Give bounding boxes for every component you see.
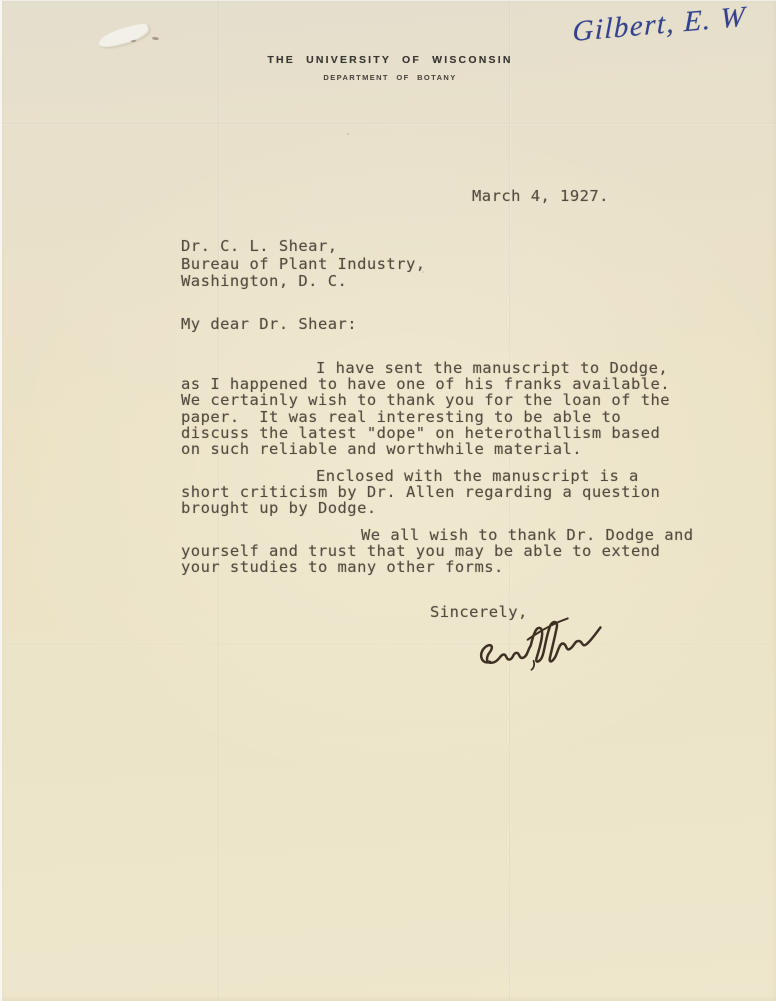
letter-page: Gilbert, E. W THE UNIVERSITY OF WISCONSI… — [0, 0, 776, 1000]
letterhead: THE UNIVERSITY OF WISCONSIN DEPARTMENT O… — [2, 54, 776, 82]
body-paragraph-1: I have sent the manuscript to Dodge, as … — [181, 360, 670, 457]
paragraph-line: your studies to many other forms. — [181, 559, 694, 575]
paragraph-line: paper. It was real interesting to be abl… — [181, 409, 670, 425]
ink-speck — [131, 40, 136, 43]
paragraph-line: We all wish to thank Dr. Dodge and — [181, 527, 694, 543]
horizontal-crease-top — [2, 123, 776, 125]
paragraph-line: Enclosed with the manuscript is a — [181, 468, 660, 484]
paragraph-line: discuss the latest "dope" on heterothall… — [181, 425, 670, 441]
horizontal-crease-bottom — [2, 644, 776, 646]
body-paragraph-2: Enclosed with the manuscript is a short … — [181, 468, 660, 517]
letterhead-university: THE UNIVERSITY OF WISCONSIN — [2, 54, 776, 66]
ink-speck — [152, 37, 159, 41]
body-paragraph-3: We all wish to thank Dr. Dodge and yours… — [181, 527, 694, 576]
recipient-org: Bureau of Plant Industry, — [181, 256, 426, 274]
letterhead-department: DEPARTMENT OF BOTANY — [2, 73, 776, 82]
paragraph-line: I have sent the manuscript to Dodge, — [181, 360, 670, 376]
recipient-address: Dr. C. L. Shear, Bureau of Plant Industr… — [181, 238, 426, 291]
paragraph-line: We certainly wish to thank you for the l… — [181, 392, 670, 408]
paper-tear-mark — [97, 22, 151, 50]
salutation: My dear Dr. Shear: — [181, 315, 357, 333]
paragraph-line: on such reliable and worthwhile material… — [181, 441, 670, 457]
paragraph-line: as I happened to have one of his franks … — [181, 376, 670, 392]
paragraph-line: brought up by Dodge. — [181, 500, 660, 516]
recipient-name: Dr. C. L. Shear, — [181, 238, 426, 256]
date-line: March 4, 1927. — [472, 187, 609, 205]
paper-speck — [347, 133, 349, 135]
paragraph-line: yourself and trust that you may be able … — [181, 543, 694, 559]
recipient-city: Washington, D. C. — [181, 273, 426, 291]
paragraph-line: short criticism by Dr. Allen regarding a… — [181, 484, 660, 500]
